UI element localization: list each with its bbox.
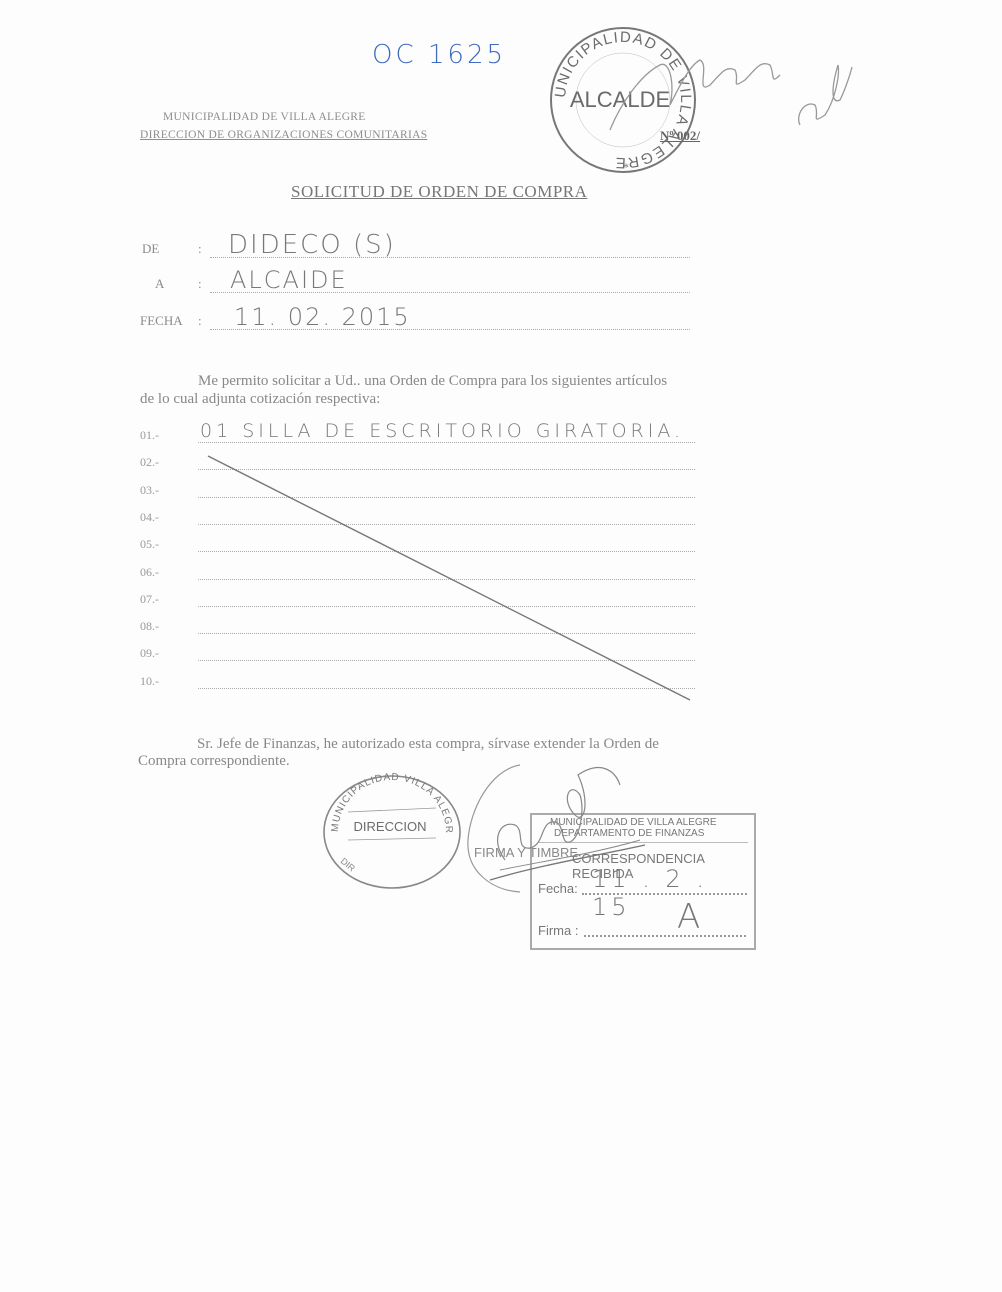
authorization-text: Sr. Jefe de Finanzas, he autorizado esta… bbox=[197, 735, 659, 753]
item-number: 05.- bbox=[140, 537, 180, 552]
field-a-label: A bbox=[155, 276, 164, 292]
item-line bbox=[198, 442, 695, 443]
intro-text: Me permito solicitar a Ud.. una Orden de… bbox=[198, 372, 667, 390]
item-number: 10.- bbox=[140, 674, 180, 689]
field-fecha-line bbox=[210, 329, 690, 330]
item-number: 04.- bbox=[140, 510, 180, 525]
item-text: 01 SILLA DE ESCRITORIO GIRATORIA. bbox=[200, 420, 684, 442]
firma-value: A bbox=[677, 897, 702, 937]
document-title: SOLICITUD DE ORDEN DE COMPRA bbox=[291, 182, 587, 202]
field-a-sep: : bbox=[198, 276, 202, 292]
field-fecha-label: FECHA bbox=[140, 313, 183, 329]
director-signature bbox=[460, 760, 660, 900]
item-number: 02.- bbox=[140, 455, 180, 470]
item-number: 09.- bbox=[140, 646, 180, 661]
field-de-label: DE bbox=[142, 241, 159, 257]
item-number: 06.- bbox=[140, 565, 180, 580]
strike-line bbox=[200, 450, 700, 710]
alcalde-signature bbox=[600, 45, 860, 155]
field-a-line bbox=[210, 292, 690, 293]
item-number: 07.- bbox=[140, 592, 180, 607]
field-de-line bbox=[210, 257, 690, 258]
direccion-stamp: MUNICIPALIDAD VILLA ALEGRE DIRECCION DIR bbox=[318, 772, 466, 892]
svg-text:*: * bbox=[623, 160, 629, 174]
field-de-sep: : bbox=[198, 241, 202, 257]
field-de-value: DIDECO (S) bbox=[228, 230, 396, 260]
field-a-value: ALCAIDE bbox=[230, 266, 348, 294]
svg-text:DIR: DIR bbox=[339, 856, 358, 874]
header-municipality: MUNICIPALIDAD DE VILLA ALEGRE bbox=[163, 111, 366, 123]
firma-label: Firma : bbox=[538, 923, 578, 938]
field-fecha-value: 11. 02. 2015 bbox=[234, 303, 411, 331]
intro-text-2: de lo cual adjunta cotización respectiva… bbox=[140, 390, 380, 408]
header-department: DIRECCION DE ORGANIZACIONES COMUNITARIAS bbox=[140, 129, 427, 141]
item-number: 01.- bbox=[140, 428, 180, 443]
svg-text:DIRECCION: DIRECCION bbox=[354, 819, 427, 834]
handwritten-reference: OC 1625 bbox=[372, 40, 506, 70]
item-number: 08.- bbox=[140, 619, 180, 634]
item-number: 03.- bbox=[140, 483, 180, 498]
field-fecha-sep: : bbox=[198, 313, 202, 329]
authorization-text-2: Compra correspondiente. bbox=[138, 752, 290, 770]
